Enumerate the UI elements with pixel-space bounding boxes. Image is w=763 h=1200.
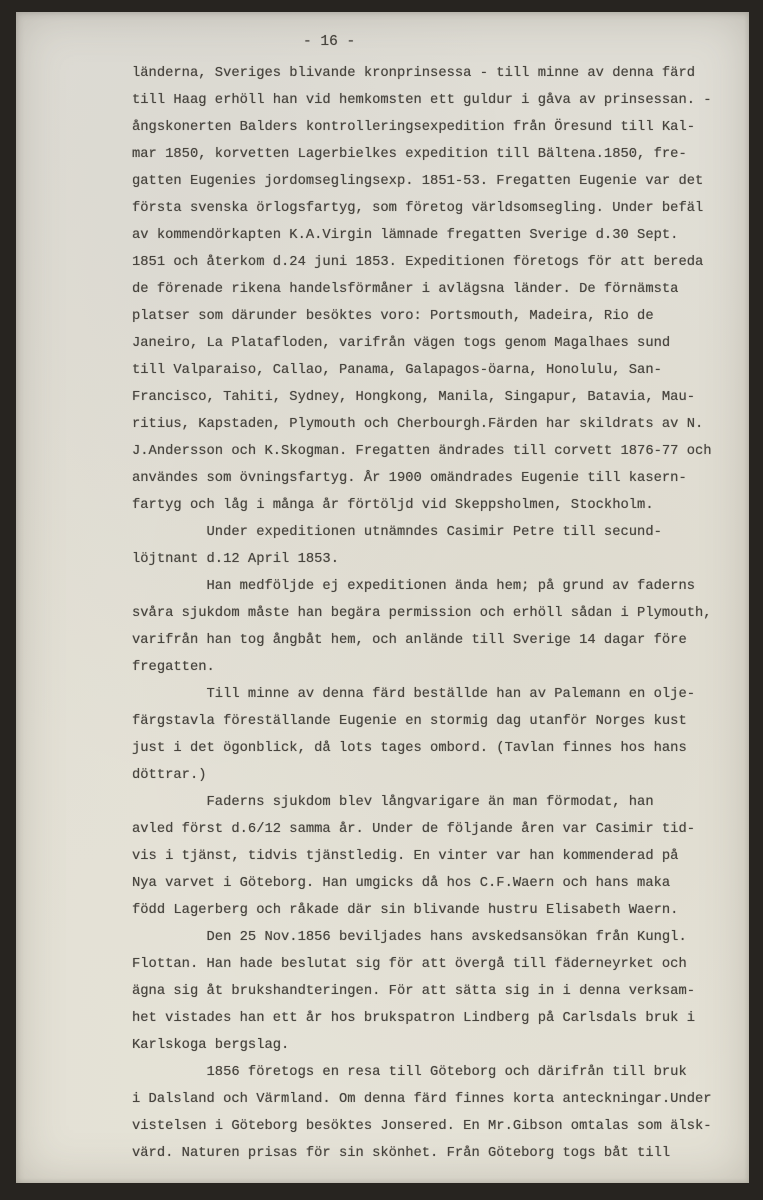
text-line: länderna, Sveriges blivande kronprinsess… bbox=[132, 60, 732, 87]
text-line: vis i tjänst, tidvis tjänstledig. En vin… bbox=[132, 843, 732, 870]
text-line: 1856 företogs en resa till Göteborg och … bbox=[132, 1059, 732, 1086]
text-line: Francisco, Tahiti, Sydney, Hongkong, Man… bbox=[132, 384, 732, 411]
text-line: mar 1850, korvetten Lagerbielkes expedit… bbox=[132, 141, 732, 168]
text-line: ägna sig åt brukshandteringen. För att s… bbox=[132, 978, 732, 1005]
text-line: fregatten. bbox=[132, 654, 732, 681]
text-line: Flottan. Han hade beslutat sig för att ö… bbox=[132, 951, 732, 978]
text-line: användes som övningsfartyg. År 1900 omän… bbox=[132, 465, 732, 492]
text-line: Under expeditionen utnämndes Casimir Pet… bbox=[132, 519, 732, 546]
text-line: just i det ögonblick, då lots tages ombo… bbox=[132, 735, 732, 762]
document-page: - 16 - länderna, Sveriges blivande kronp… bbox=[16, 12, 749, 1183]
text-line: Han medföljde ej expeditionen ända hem; … bbox=[132, 573, 732, 600]
text-line: de förenade rikena handelsförmåner i avl… bbox=[132, 276, 732, 303]
scan-backdrop: - 16 - länderna, Sveriges blivande kronp… bbox=[0, 0, 763, 1200]
text-line: Nya varvet i Göteborg. Han umgicks då ho… bbox=[132, 870, 732, 897]
text-line: första svenska örlogsfartyg, som företog… bbox=[132, 195, 732, 222]
typewritten-text-block: länderna, Sveriges blivande kronprinsess… bbox=[132, 60, 732, 1167]
text-line: gatten Eugenies jordomseglingsexp. 1851-… bbox=[132, 168, 732, 195]
text-line: varifrån han tog ångbåt hem, och anlände… bbox=[132, 627, 732, 654]
text-line: i Dalsland och Värmland. Om denna färd f… bbox=[132, 1086, 732, 1113]
text-line: färgstavla föreställande Eugenie en stor… bbox=[132, 708, 732, 735]
text-line: het vistades han ett år hos brukspatron … bbox=[132, 1005, 732, 1032]
text-line: avled först d.6/12 samma år. Under de fö… bbox=[132, 816, 732, 843]
page-number: - 16 - bbox=[303, 29, 355, 56]
text-line: född Lagerberg och råkade där sin blivan… bbox=[132, 897, 732, 924]
text-line: platser som därunder besöktes voro: Port… bbox=[132, 303, 732, 330]
text-line: svåra sjukdom måste han begära permissio… bbox=[132, 600, 732, 627]
text-line: ångskonerten Balders kontrolleringsexped… bbox=[132, 114, 732, 141]
text-line: till Valparaiso, Callao, Panama, Galapag… bbox=[132, 357, 732, 384]
text-line: Den 25 Nov.1856 beviljades hans avskedsa… bbox=[132, 924, 732, 951]
text-line: Karlskoga bergslag. bbox=[132, 1032, 732, 1059]
text-line: Faderns sjukdom blev långvarigare än man… bbox=[132, 789, 732, 816]
text-line: värd. Naturen prisas för sin skönhet. Fr… bbox=[132, 1140, 732, 1167]
text-line: till Haag erhöll han vid hemkomsten ett … bbox=[132, 87, 732, 114]
text-line: 1851 och återkom d.24 juni 1853. Expedit… bbox=[132, 249, 732, 276]
text-line: löjtnant d.12 April 1853. bbox=[132, 546, 732, 573]
text-line: döttrar.) bbox=[132, 762, 732, 789]
text-line: Till minne av denna färd beställde han a… bbox=[132, 681, 732, 708]
text-line: fartyg och låg i många år förtöljd vid S… bbox=[132, 492, 732, 519]
text-line: vistelsen i Göteborg besöktes Jonsered. … bbox=[132, 1113, 732, 1140]
text-line: ritius, Kapstaden, Plymouth och Cherbour… bbox=[132, 411, 732, 438]
text-line: Janeiro, La Platafloden, varifrån vägen … bbox=[132, 330, 732, 357]
text-line: J.Andersson och K.Skogman. Fregatten änd… bbox=[132, 438, 732, 465]
text-line: av kommendörkapten K.A.Virgin lämnade fr… bbox=[132, 222, 732, 249]
